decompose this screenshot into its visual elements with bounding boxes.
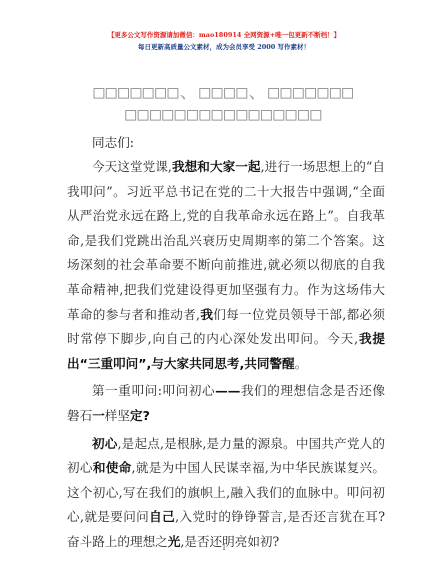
document-title-line1: □□□□□□□、□□□□、□□□□□□□	[0, 82, 448, 104]
promo-banner-line2: 每日更新高质量公文素材，成为会员享受 2000 写作素材！	[0, 43, 448, 52]
paragraph-original-aspiration: 初心,是起点,是根脉,是力量的源泉。中国共产党人的初心和使命,就是为中国人民谋幸…	[67, 432, 385, 555]
page-number: 1	[0, 543, 448, 552]
promo-banner-line1: 【更多公文写作资源请加微信：mao180914 全网资源+唯一包更新不断档！】	[0, 31, 448, 40]
bold-text-run: 初心	[92, 436, 118, 451]
bold-text-run: 和使命	[93, 460, 132, 475]
text-run: 。	[295, 356, 308, 371]
text-run: ,进行一场思想上的“自我叩问”。习近平总书记在党的二十大报告中强调,“全面从严治…	[67, 159, 385, 322]
greeting: 同志们:	[92, 132, 134, 151]
text-run: 第一重叩问:叩问初心	[92, 383, 215, 398]
bold-text-run: 定?	[130, 408, 150, 423]
bold-text-run: 我想和大家一起	[172, 159, 261, 174]
text-run: 样坚	[105, 408, 130, 423]
bold-text-run: 自己	[149, 509, 175, 524]
paragraph-intro: 今天这堂党课,我想和大家一起,进行一场思想上的“自我叩问”。习近平总书记在党的二…	[67, 155, 385, 376]
document-title-line2: □□□□□□□□□□□□□□□□	[0, 104, 448, 126]
text-run: 今天这堂党课,	[92, 159, 172, 174]
bold-text-run: 我	[200, 307, 213, 322]
bold-text-run: ——	[215, 383, 240, 398]
bold-text-run: 一	[92, 408, 105, 423]
paragraph-first-question: 第一重叩问:叩问初心——我们的理想信念是否还像磐石一样坚定?	[67, 379, 385, 428]
document-body: 今天这堂党课,我想和大家一起,进行一场思想上的“自我叩问”。习近平总书记在党的二…	[67, 155, 385, 555]
